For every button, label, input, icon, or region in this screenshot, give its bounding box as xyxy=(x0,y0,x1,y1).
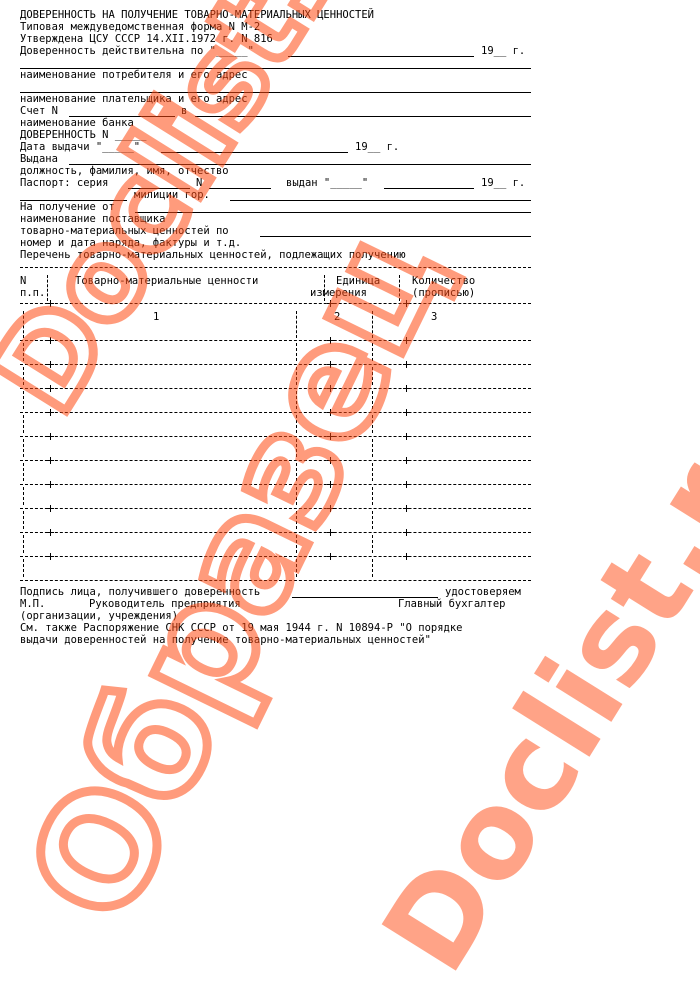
order-caption: номер и дата наряда, фактуры и т.д. xyxy=(20,237,241,249)
militia-label: милиции гор. xyxy=(134,189,210,201)
valid-until-year: 19__ г. xyxy=(481,45,525,57)
document-title: ДОВЕРЕННОСТЬ НА ПОЛУЧЕНИЕ ТОВАРНО-МАТЕРИ… xyxy=(20,9,374,21)
header-quantity: (прописью) xyxy=(412,287,475,299)
passport-year: 19__ г. xyxy=(481,177,525,189)
table-top-border xyxy=(20,267,531,268)
order-field[interactable] xyxy=(260,236,531,237)
grid-cross xyxy=(403,300,410,307)
column-number-2: 2 xyxy=(334,311,340,323)
supplier-field[interactable] xyxy=(135,212,531,213)
table-row[interactable] xyxy=(20,461,531,483)
column-divider xyxy=(296,311,297,338)
passport-n-label: N xyxy=(196,177,202,189)
row-separator xyxy=(20,580,531,581)
grid-cross xyxy=(47,300,54,307)
account-in-label: в xyxy=(181,105,187,117)
table-row[interactable] xyxy=(20,437,531,459)
militia-city-field[interactable] xyxy=(230,200,531,201)
issue-date-year: 19__ г. xyxy=(355,141,399,153)
signature-label: Подпись лица, получившего доверенность xyxy=(20,586,260,598)
table-row[interactable] xyxy=(20,533,531,555)
table-row[interactable] xyxy=(20,413,531,435)
issue-date-field[interactable] xyxy=(161,152,348,153)
list-caption: Перечень товарно-материальных ценностей,… xyxy=(20,249,406,261)
receive-from-label: На получение от xyxy=(20,201,115,213)
issue-date-label: Дата выдачи "_____" xyxy=(20,141,140,153)
passport-series-label: Паспорт: серия xyxy=(20,177,109,189)
document-page: ДОВЕРЕННОСТЬ НА ПОЛУЧЕНИЕ ТОВАРНО-МАТЕРИ… xyxy=(0,0,700,1000)
passport-date-field[interactable] xyxy=(384,188,474,189)
supplier-caption: наименование поставщика xyxy=(20,213,165,225)
certify-label: удостоверяем xyxy=(445,586,521,598)
column-number-3: 3 xyxy=(431,311,437,323)
payer-caption: наименование плательщика и его адрес xyxy=(20,93,248,105)
header-unit: Единица xyxy=(336,275,380,287)
header-quantity: Количество xyxy=(412,275,475,287)
header-divider xyxy=(324,275,325,301)
header-num: п.п. xyxy=(20,287,45,299)
table-row[interactable] xyxy=(20,389,531,411)
org-caption: (организации, учреждения) xyxy=(20,610,178,622)
bank-caption: наименование банка xyxy=(20,117,134,129)
see-also-line-2: выдачи доверенностей на получение товарн… xyxy=(20,634,431,646)
stamp-label: М.П. xyxy=(20,598,45,610)
form-type: Типовая междуведомственная форма N М-2 xyxy=(20,21,260,33)
head-label: Руководитель предприятия xyxy=(89,598,241,610)
chief-accountant-label: Главный бухгалтер xyxy=(398,598,505,610)
consumer-caption: наименование потребителя и его адрес xyxy=(20,69,248,81)
approval-note: Утверждена ЦСУ СССР 14.XII.1972 г. N 816 xyxy=(20,33,273,45)
table-row[interactable] xyxy=(20,365,531,387)
header-divider xyxy=(47,275,48,301)
header-goods: Товарно-материальные ценности xyxy=(75,275,258,287)
passport-issued-label: выдан "_____" xyxy=(286,177,368,189)
column-divider xyxy=(372,311,373,338)
table-row[interactable] xyxy=(20,509,531,531)
valid-until-field[interactable] xyxy=(288,56,474,57)
account-label: Счет N xyxy=(20,105,58,117)
table-row[interactable] xyxy=(20,485,531,507)
table-row[interactable] xyxy=(20,341,531,363)
issued-to-label: Выдана xyxy=(20,153,58,165)
poa-number: ДОВЕРЕННОСТЬ N _____ xyxy=(20,129,146,141)
header-separator xyxy=(20,303,531,304)
header-divider xyxy=(399,275,400,301)
header-num: N xyxy=(20,275,26,287)
column-divider xyxy=(23,311,24,338)
bank-field[interactable] xyxy=(195,116,531,117)
passport-number-field[interactable] xyxy=(209,188,271,189)
grid-cross xyxy=(327,300,334,307)
column-number-1: 1 xyxy=(153,311,159,323)
table-row[interactable] xyxy=(20,557,531,579)
goods-by-label: товарно-материальных ценностей по xyxy=(20,225,229,237)
see-also-line-1: См. также Распоряжение СНК СССР от 19 ма… xyxy=(20,622,463,634)
header-unit: измерения xyxy=(310,287,367,299)
valid-until-label: Доверенность действительна по "_____" xyxy=(20,45,254,57)
position-caption: должность, фамилия, имя, отчество xyxy=(20,165,229,177)
